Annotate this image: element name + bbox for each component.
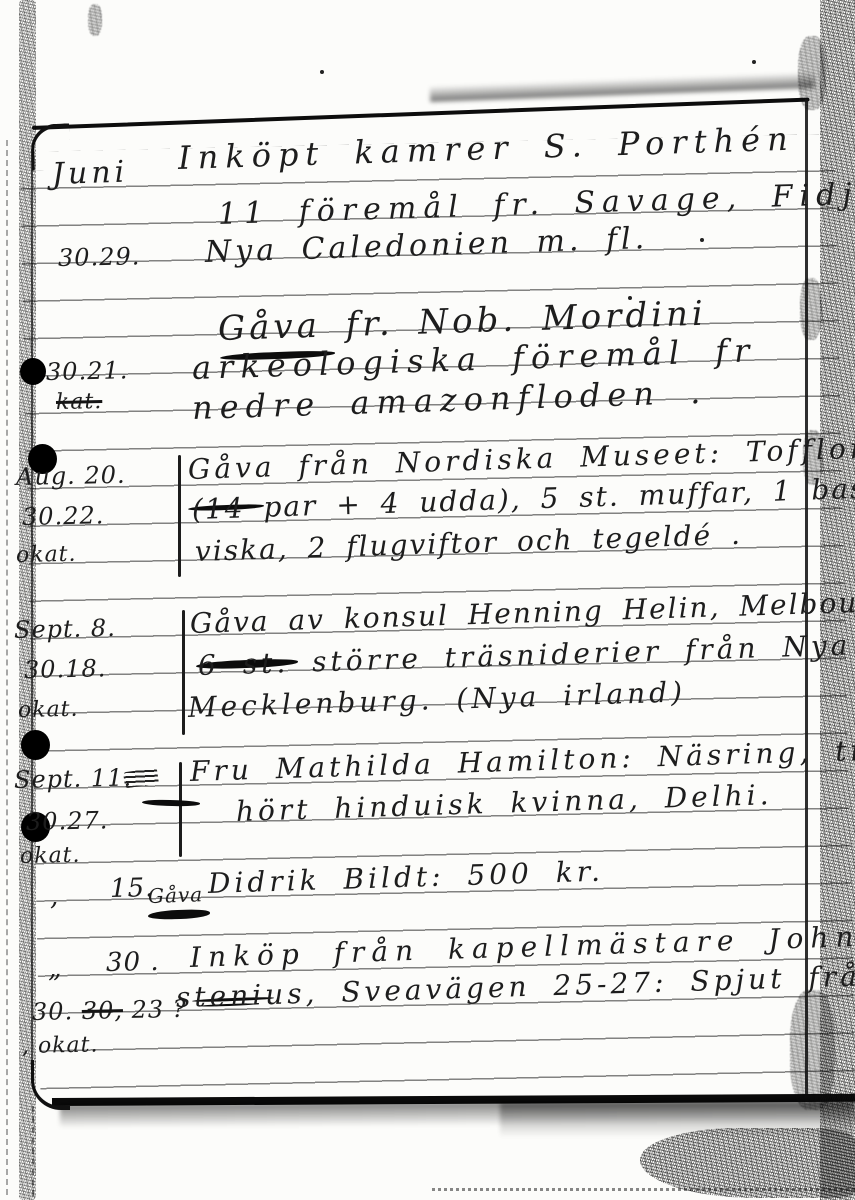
- entry7-day: 30 .: [106, 949, 160, 976]
- scan-noise-blob: [798, 36, 826, 110]
- ink-speck: [700, 238, 704, 242]
- punch-hole-1: [20, 358, 46, 385]
- entry2-struck-note: kat.: [56, 391, 103, 414]
- entry1-month-label: Juni: [52, 158, 129, 190]
- entry7-catalog-number: 30. 30, 23 ?: [32, 997, 187, 1024]
- entry6-gift-word: Gåva: [148, 884, 204, 906]
- punch-hole-3: [21, 730, 50, 760]
- entry4-date: Sept. 8.: [14, 616, 116, 642]
- entry1-catalog-number: 30.29.: [58, 244, 141, 270]
- scan-noise-blob: [800, 278, 822, 340]
- scan-noise-blob: [88, 4, 102, 36]
- margin-separator-stroke: [179, 762, 182, 857]
- scan-fuzz-top: [430, 72, 815, 102]
- entry4-note: okat.: [18, 699, 79, 722]
- entry2-catalog-number: 30.21.: [46, 358, 129, 384]
- margin-separator-stroke: [182, 610, 185, 735]
- ink-speck: [320, 70, 324, 74]
- entry4-catalog-number: 30.18.: [24, 656, 107, 682]
- entry7-ditto-mark: „: [48, 956, 63, 982]
- entry7-note: , okat.: [22, 1034, 99, 1058]
- page-corner-bottom-left: [31, 1060, 70, 1110]
- entry7-catalog-struck: 30,: [82, 996, 124, 1025]
- entry3-note: okat.: [16, 544, 77, 567]
- entry3-catalog-number: 30.22.: [22, 503, 105, 529]
- entry6-ditto-mark: ,: [50, 884, 60, 910]
- entry7-catalog-part-a: 30.: [32, 997, 74, 1026]
- scan-noise-blob: [790, 990, 835, 1110]
- entry5-date: Sept. 11.: [14, 766, 133, 792]
- entry5-note: okat.: [20, 845, 81, 868]
- entry3-date: Aug. 20.: [16, 463, 126, 489]
- ink-speck: [752, 60, 756, 64]
- entry5-catalog-number: 30.27.: [26, 808, 109, 834]
- scan-edge-line-left: [6, 140, 8, 1195]
- margin-separator-stroke: [178, 455, 181, 577]
- scanned-ledger-page: Juni Inköpt kamrer S. Porthén 11 föremål…: [0, 0, 855, 1200]
